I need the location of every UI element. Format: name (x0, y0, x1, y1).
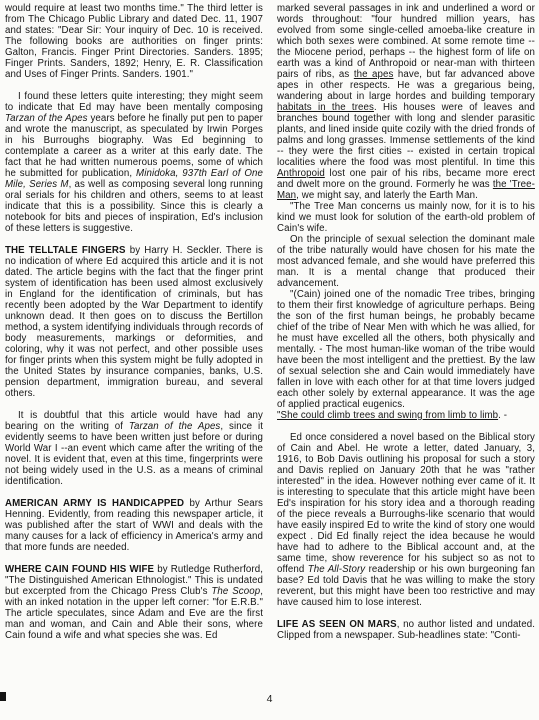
paragraph: AMERICAN ARMY IS HANDICAPPED by Arthur S… (5, 498, 263, 553)
text-columns: would require at least two months time."… (0, 0, 539, 641)
text-run: The Scoop (211, 586, 260, 597)
paragraph: "She could climb trees and swing from li… (277, 410, 535, 421)
text-run: the apes (354, 69, 394, 80)
text-run: Minidoka, 937th Earl of One Mile, Series… (5, 168, 263, 190)
text-run: "She could climb trees and swing from li… (277, 410, 498, 421)
text-run: The All-Story (308, 564, 366, 575)
paragraph: marked several passages in ink and under… (277, 3, 535, 201)
paragraph: "The Tree Man concerns us mainly now, fo… (277, 201, 535, 234)
paragraph: I found these letters quite interesting;… (5, 91, 263, 234)
paragraph: THE TELLTALE FINGERS by Harry H. Seckler… (5, 245, 263, 399)
text-run: LIFE AS SEEN ON MARS (277, 619, 397, 630)
text-run: the 'Tree-Man (277, 179, 535, 201)
paragraph: It is doubtful that this article would h… (5, 410, 263, 487)
paragraph: On the principle of sexual selection the… (277, 234, 535, 289)
text-run: Anthropoid (277, 168, 325, 179)
scanned-document-page: would require at least two months time."… (0, 0, 539, 720)
text-run: habitats in the trees (277, 102, 374, 113)
page-number: 4 (0, 693, 539, 705)
paragraph: Ed once considered a novel based on the … (277, 432, 535, 608)
paragraph: "(Cain) joined one of the nomadic Tree t… (277, 289, 535, 410)
paragraph: WHERE CAIN FOUND HIS WIFE by Rutledge Ru… (5, 564, 263, 641)
paragraph: LIFE AS SEEN ON MARS, no author listed a… (277, 619, 535, 641)
text-run: AMERICAN ARMY IS HANDICAPPED (5, 498, 184, 509)
text-run: Tarzan of the Apes (129, 421, 221, 432)
text-run: WHERE CAIN FOUND HIS WIFE (5, 564, 154, 575)
paragraph: would require at least two months time."… (5, 3, 263, 80)
text-run: Tarzan of the Apes (5, 113, 88, 124)
text-run: THE TELLTALE FINGERS (5, 245, 126, 256)
right-column: marked several passages in ink and under… (277, 3, 535, 641)
left-column: would require at least two months time."… (5, 3, 263, 641)
